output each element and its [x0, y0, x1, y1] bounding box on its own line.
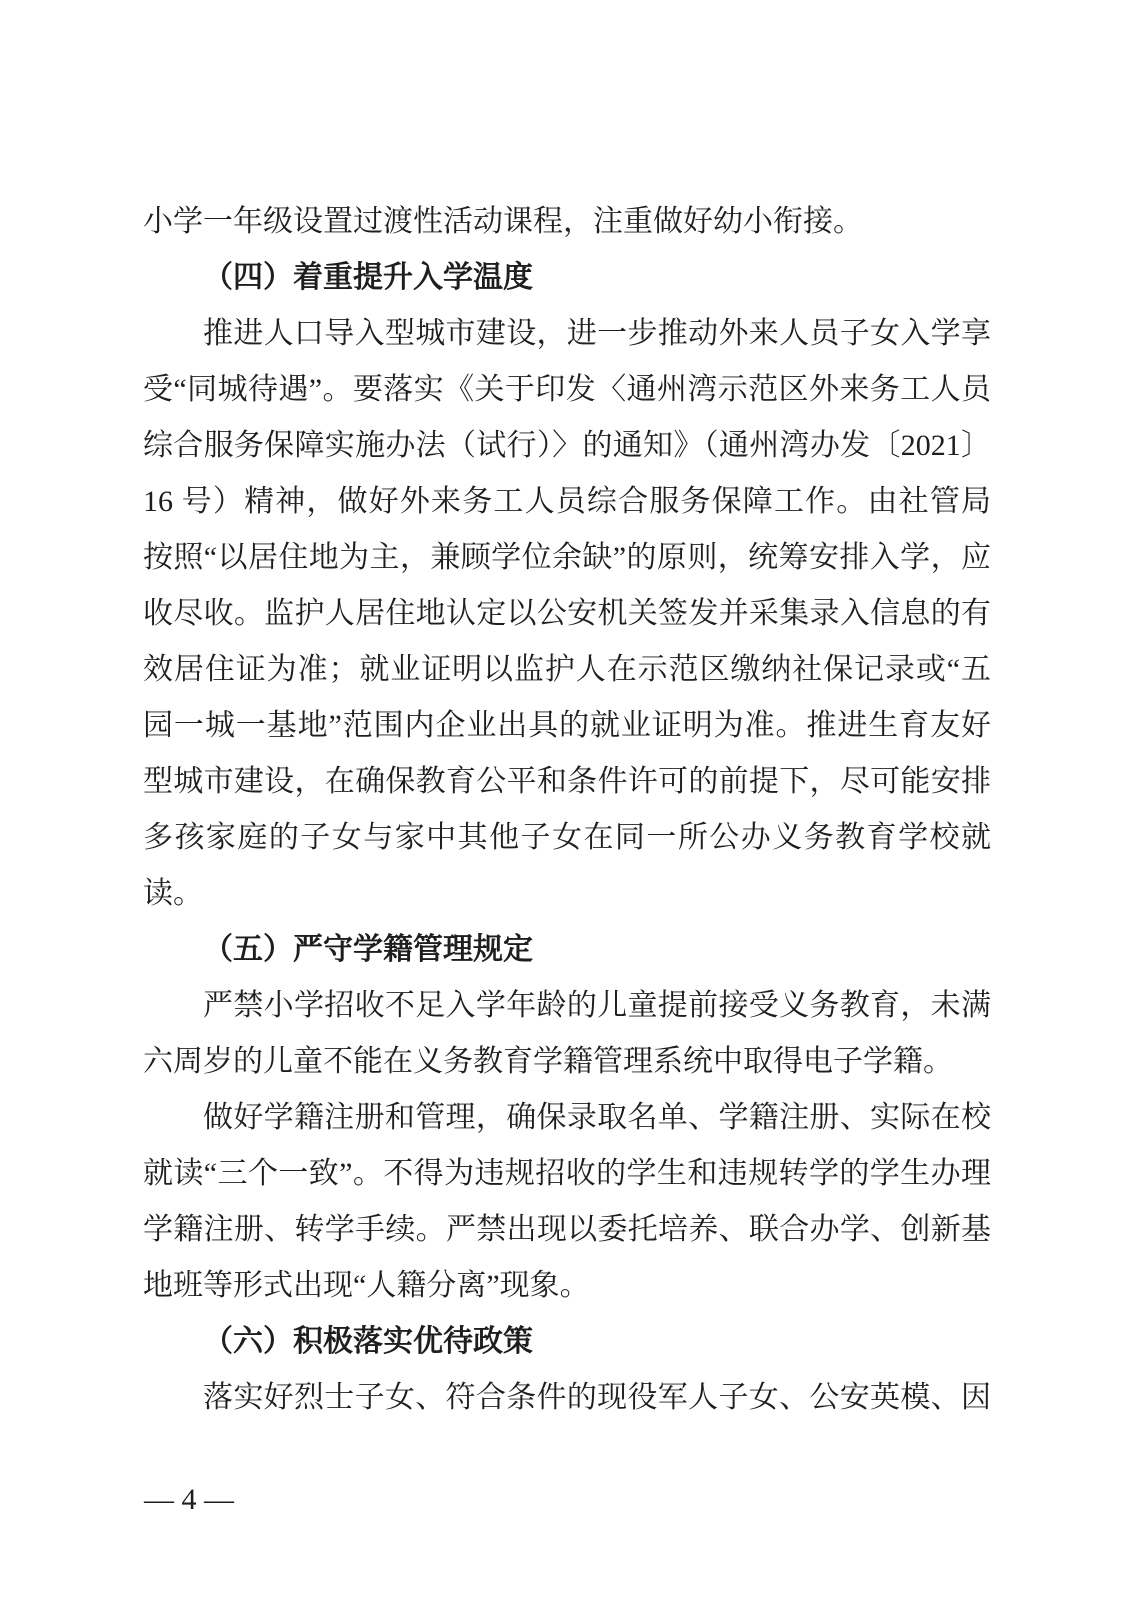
text-line: 六周岁的儿童不能在义务教育学籍管理系统中取得电子学籍。	[143, 1034, 991, 1090]
text-line: 按照“以居住地为主，兼顾学位余缺”的原则，统筹安排入学，应	[143, 530, 991, 586]
text-line: 园一城一基地”范围内企业出具的就业证明为准。推进生育友好	[143, 698, 991, 754]
text-line: 综合服务保障实施办法（试行）〉的通知》（通州湾办发〔2021〕	[143, 418, 991, 474]
section-heading: （六）积极落实优待政策	[143, 1314, 991, 1370]
text-line: 受“同城待遇”。要落实《关于印发〈通州湾示范区外来务工人员	[143, 362, 991, 418]
text-line: 落实好烈士子女、符合条件的现役军人子女、公安英模、因	[143, 1370, 991, 1426]
text-line: 多孩家庭的子女与家中其他子女在同一所公办义务教育学校就	[143, 810, 991, 866]
document-body: 小学一年级设置过渡性活动课程，注重做好幼小衔接。 （四）着重提升入学温度 推进人…	[143, 194, 991, 1426]
text-line: 16 号）精神，做好外来务工人员综合服务保障工作。由社管局	[143, 474, 991, 530]
text-line: 地班等形式出现“人籍分离”现象。	[143, 1258, 991, 1314]
text-line: 型城市建设，在确保教育公平和条件许可的前提下，尽可能安排	[143, 754, 991, 810]
text-line: 收尽收。监护人居住地认定以公安机关签发并采集录入信息的有	[143, 586, 991, 642]
text-line: 就读“三个一致”。不得为违规招收的学生和违规转学的学生办理	[143, 1146, 991, 1202]
text-line: 小学一年级设置过渡性活动课程，注重做好幼小衔接。	[143, 194, 991, 250]
page-footer: — 4 —	[144, 1478, 234, 1522]
text-line: 读。	[143, 866, 991, 922]
section-heading: （五）严守学籍管理规定	[143, 922, 991, 978]
page-number: — 4 —	[144, 1483, 234, 1516]
text-line: 学籍注册、转学手续。严禁出现以委托培养、联合办学、创新基	[143, 1202, 991, 1258]
text-line: 推进人口导入型城市建设，进一步推动外来人员子女入学享	[143, 306, 991, 362]
text-line: 严禁小学招收不足入学年龄的儿童提前接受义务教育，未满	[143, 978, 991, 1034]
section-heading: （四）着重提升入学温度	[143, 250, 991, 306]
document-page: 小学一年级设置过渡性活动课程，注重做好幼小衔接。 （四）着重提升入学温度 推进人…	[0, 0, 1131, 1600]
text-line: 效居住证为准；就业证明以监护人在示范区缴纳社保记录或“五	[143, 642, 991, 698]
text-line: 做好学籍注册和管理，确保录取名单、学籍注册、实际在校	[143, 1090, 991, 1146]
